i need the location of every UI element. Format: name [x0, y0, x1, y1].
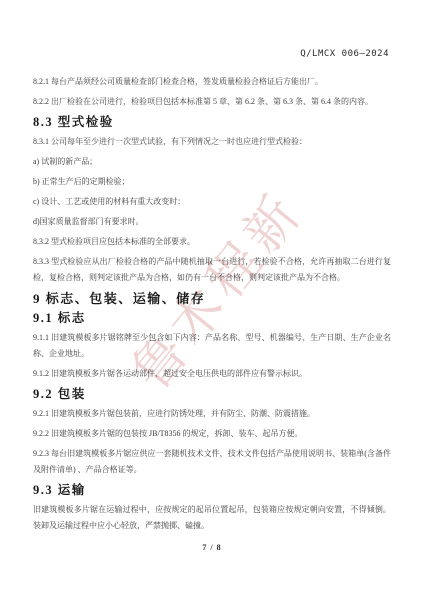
paragraph: 8.2.1 每台产品须经公司质量检查部门检查合格，签发质量检验合格证后方能出厂。 — [33, 74, 391, 90]
paragraph: 8.2.2 出厂检验在公司进行，检验项目包括本标准第 5 章、第 6.2 条、第… — [33, 94, 391, 110]
paragraph: 9.2.2 旧建筑模板多片锯的包装按 JB/T8356 的规定，拆卸、装车、起吊… — [33, 426, 391, 442]
paragraph: b) 正常生产后的定期检验； — [33, 174, 391, 190]
paragraph: 9.2.1 旧建筑模板多片锯包装前，应进行防锈处理，并有防尘、防潮、防震措施。 — [33, 406, 391, 422]
chapter-heading: 9 标志、包装、运输、储存 — [33, 290, 391, 307]
document-page: Q/LMCX 006—2024 鲁木程新 8.2.1 每台产品须经公司质量检查部… — [0, 0, 424, 600]
paragraph: c) 设计、工艺或使用的材料有重大改变时： — [33, 194, 391, 210]
paragraph: a) 试制的新产品； — [33, 154, 391, 170]
paragraph: 8.3.1 公司每年至少进行一次型式试验，有下列情况之一时也应进行型式检验： — [33, 134, 391, 150]
paragraph: d)国家质量监督部门有要求时。 — [33, 214, 391, 230]
section-heading: 9.1 标志 — [33, 310, 391, 327]
paragraph: 9.2.3 每台旧建筑模板多片锯应供应一套随机技术文件，技术文件包括产品使用说明… — [33, 446, 391, 478]
paragraph: 8.3.3 型式检验应从出厂检验合格的产品中随机抽取一台进行，若检验不合格，允许… — [33, 254, 391, 286]
document-body: 8.2.1 每台产品须经公司质量检查部门检查合格，签发质量检验合格证后方能出厂。… — [33, 74, 391, 538]
section-heading: 8.3 型式检验 — [33, 114, 391, 131]
paragraph: 9.1.1 旧建筑模板多片锯铭牌至少包含如下内容：产品名称、型号、机器编号、生产… — [33, 330, 391, 362]
section-heading: 9.2 包装 — [33, 386, 391, 403]
paragraph: 旧建筑模板多片锯在运输过程中，应按规定的起吊位置起吊，包装箱应按规定朝向安置，不… — [33, 502, 391, 534]
paragraph: 8.3.2 型式检验项目应包括本标准的全部要求。 — [33, 234, 391, 250]
section-heading: 9.3 运输 — [33, 482, 391, 499]
paragraph: 9.1.2 旧建筑模板多片锯各运动部件、超过安全电压供电的部件应有警示标识。 — [33, 366, 391, 382]
page-number: 7 / 8 — [0, 543, 424, 552]
standard-number: Q/LMCX 006—2024 — [300, 49, 389, 59]
